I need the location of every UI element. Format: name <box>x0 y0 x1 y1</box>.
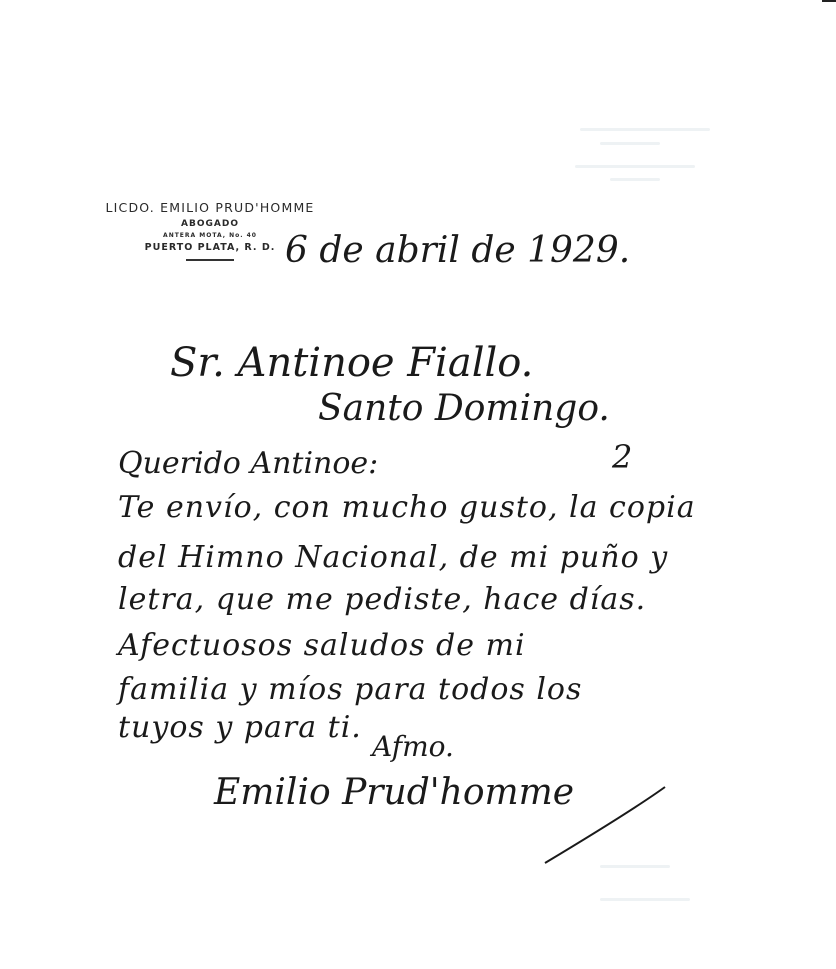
recipient-name: Sr. Antinoe Fiallo. <box>170 340 533 386</box>
signature-flourish <box>540 785 670 865</box>
scan-edge-mark <box>822 0 836 2</box>
recipient-place: Santo Domingo. <box>318 388 610 429</box>
bleed-through-line <box>600 898 690 901</box>
letterhead-rule <box>186 259 234 261</box>
body-line: tuyos y para ti. <box>118 710 362 745</box>
body-line: Afectuosos saludos de mi <box>118 628 526 663</box>
letter-date: 6 de abril de 1929. <box>285 230 630 271</box>
bleed-through-line <box>575 165 695 168</box>
letterhead-title: ABOGADO <box>100 219 320 229</box>
greeting: Querido Antinoe: <box>118 446 378 481</box>
bleed-through-line <box>600 142 660 145</box>
letterhead-name: LICDO. EMILIO PRUD'HOMME <box>100 200 320 215</box>
bleed-through-line <box>610 178 660 181</box>
body-line: familia y míos para todos los <box>118 672 582 707</box>
page-number: 2 <box>612 438 632 476</box>
bleed-through-line <box>580 128 710 131</box>
body-line: Te envío, con mucho gusto, la copia <box>118 490 696 525</box>
signature: Emilio Prud'homme <box>214 772 574 813</box>
closing: Afmo. <box>372 730 454 763</box>
bleed-through-line <box>600 865 670 868</box>
body-line: del Himno Nacional, de mi puño y <box>118 540 668 575</box>
body-line: letra, que me pediste, hace días. <box>118 582 646 617</box>
